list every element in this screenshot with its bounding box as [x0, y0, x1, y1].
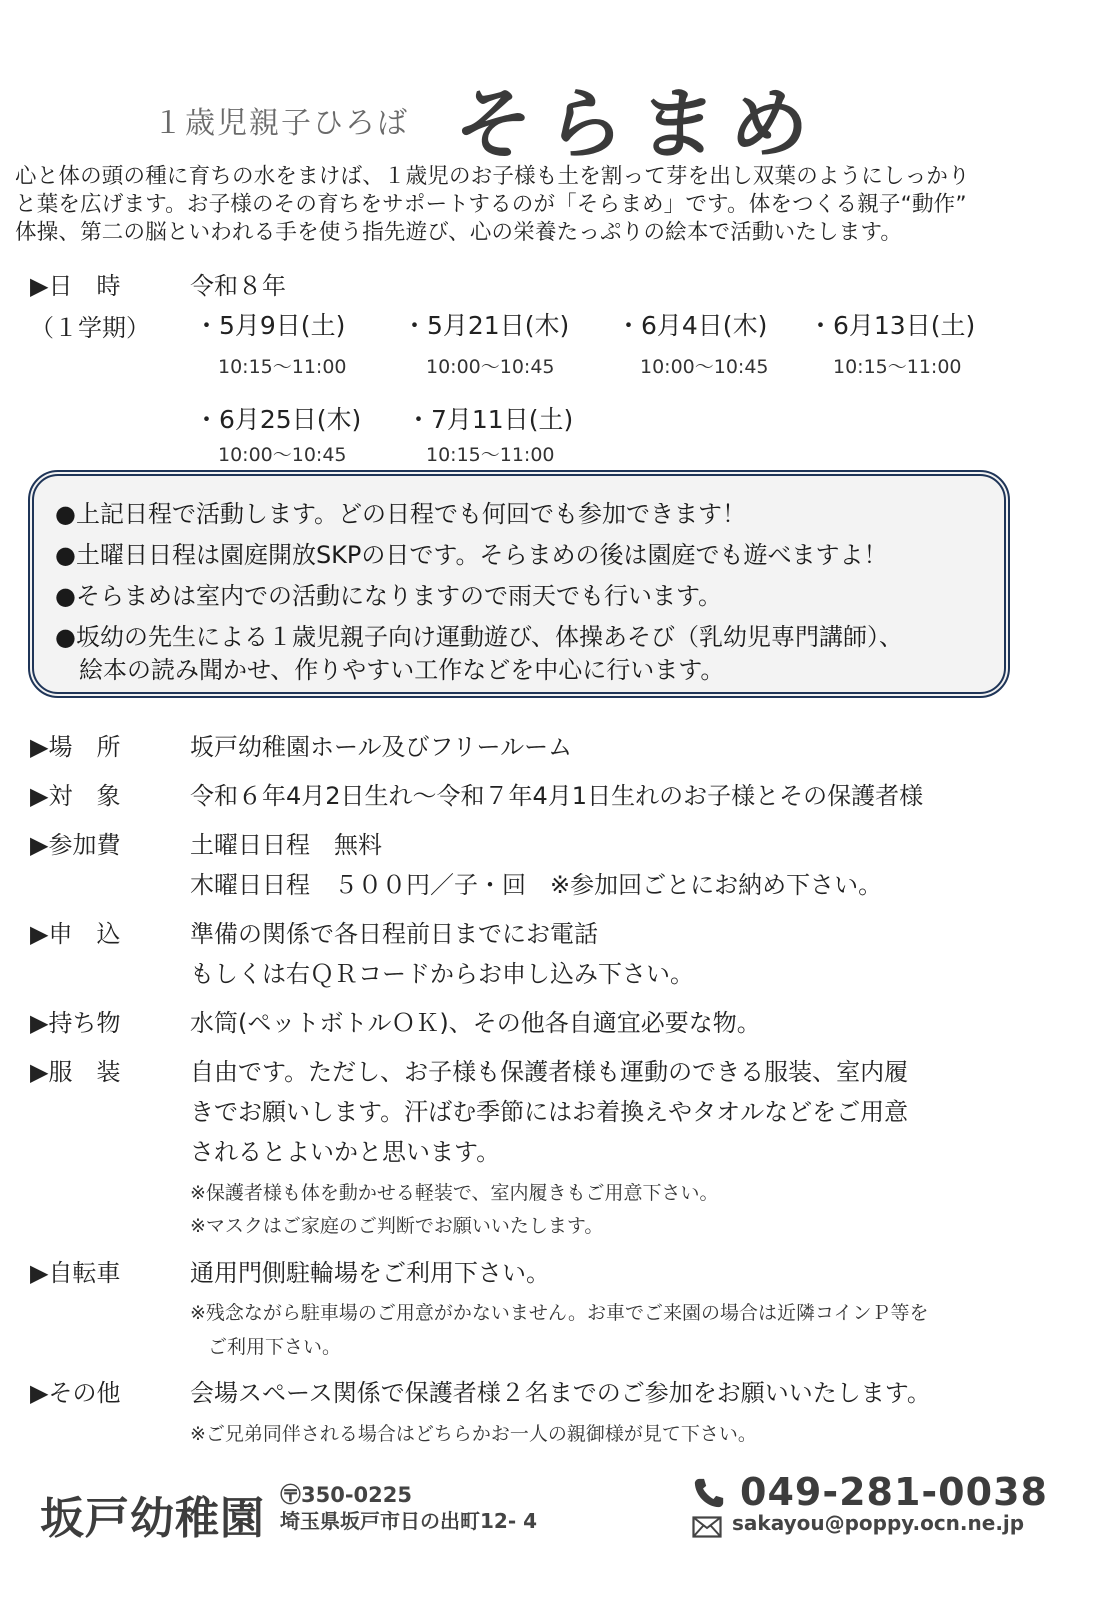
intro-line: 心と体の頭の種に育ちの水をまけば、１歳児のお子様も土を割って芽を出し双葉のように… [15, 163, 1090, 191]
bicycle-note: ご利用下さい。 [208, 1332, 341, 1359]
address: 埼玉県坂戸市日の出町12- 4 [280, 1505, 537, 1534]
email-address[interactable]: sakayou@poppy.ocn.ne.jp [732, 1511, 1024, 1535]
notice-item: ●上記日程で活動します。どの日程でも何回でも参加できます！ [55, 494, 746, 529]
schedule-time: 10:00〜10:45 [640, 352, 769, 379]
schedule-date: ・6月13日(土) [808, 306, 975, 342]
schedule-date: ・6月4日(木) [616, 306, 767, 342]
other-value: 会場スペース関係で保護者様２名までのご参加をお願いいたします。 [190, 1373, 931, 1408]
schedule-term: （１学期） [30, 308, 150, 343]
schedule-time: 10:00〜10:45 [218, 440, 347, 467]
place-value: 坂戸幼稚園ホール及びフリールーム [190, 727, 572, 762]
kindergarten-name: 坂戸幼稚園 [40, 1482, 265, 1546]
clothing-note: ※マスクはご家庭のご判断でお願いいたします。 [190, 1211, 603, 1238]
phone-number[interactable]: 049-281-0038 [740, 1470, 1048, 1514]
fee-line: 木曜日日程 ５００円／子・回 ※参加回ごとにお納め下さい。 [190, 865, 882, 900]
other-note: ※ご兄弟同伴される場合はどちらかお一人の親御様が見て下さい。 [190, 1419, 757, 1446]
schedule-time: 10:15〜11:00 [218, 352, 347, 379]
schedule-label: ▶日 時 [30, 266, 120, 301]
clothing-note: ※保護者様も体を動かせる軽装で、室内履きもご用意下さい。 [190, 1178, 719, 1205]
schedule-time: 10:00〜10:45 [426, 352, 555, 379]
bicycle-value: 通用門側駐輪場をご利用下さい。 [190, 1253, 550, 1288]
schedule-date: ・5月9日(土) [194, 306, 345, 342]
schedule-year: 令和８年 [190, 266, 286, 301]
mail-icon [692, 1516, 722, 1538]
schedule-time: 10:15〜11:00 [833, 352, 962, 379]
notice-item: ●坂幼の先生による１歳児親子向け運動遊び、体操あそび（乳幼児専門講師）、 [55, 617, 903, 652]
fee-label: ▶参加費 [30, 825, 120, 860]
apply-line: 準備の関係で各日程前日までにお電話 [190, 914, 598, 949]
place-label: ▶場 所 [30, 727, 120, 762]
logo-title: そらまめ [451, 62, 827, 174]
apply-line: もしくは右ＱＲコードからお申し込み下さい。 [190, 954, 694, 989]
clothing-line: きでお願いします。汗ばむ季節にはお着換えやタオルなどをご用意 [190, 1092, 908, 1127]
target-label: ▶対 象 [30, 776, 120, 811]
intro-line: と葉を広げます。お子様のその育ちをサポートするのが「そらまめ」です。体をつくる親… [15, 191, 1090, 219]
bicycle-note: ※残念ながら駐車場のご用意がかないません。お車でご来園の場合は近隣コインＰ等を [190, 1298, 929, 1325]
bicycle-label: ▶自転車 [30, 1253, 120, 1288]
intro-line: 体操、第二の脳といわれる手を使う指先遊び、心の栄養たっぷりの絵本で活動いたします… [15, 219, 1090, 247]
schedule-date: ・5月21日(木) [402, 306, 569, 342]
target-value: 令和６年4月2日生れ〜令和７年4月1日生れのお子様とその保護者様 [190, 776, 923, 811]
phone-icon [692, 1476, 726, 1510]
apply-label: ▶申 込 [30, 914, 120, 949]
belongings-value: 水筒(ペットボトルＯＫ)、その他各自適宜必要な物。 [190, 1003, 761, 1038]
other-label: ▶その他 [30, 1373, 120, 1408]
intro-paragraph: 心と体の頭の種に育ちの水をまけば、１歳児のお子様も土を割って芽を出し双葉のように… [15, 163, 1090, 247]
schedule-date: ・7月11日(土) [406, 400, 573, 436]
belongings-label: ▶持ち物 [30, 1003, 120, 1038]
schedule-date: ・6月25日(木) [194, 400, 361, 436]
subtitle: １歳児親子ひろば [153, 98, 409, 142]
clothing-line: されるとよいかと思います。 [190, 1132, 500, 1167]
clothing-line: 自由です。ただし、お子様も保護者様も運動のできる服装、室内履 [190, 1052, 908, 1087]
fee-line: 土曜日日程 無料 [190, 825, 382, 860]
notice-item: ●土曜日日程は園庭開放SKPの日です。そらまめの後は園庭でも遊べますよ！ [55, 535, 887, 570]
clothing-label: ▶服 装 [30, 1052, 120, 1087]
notice-item: ●そらまめは室内での活動になりますので雨天でも行います。 [55, 576, 722, 611]
notice-item: 絵本の読み聞かせ、作りやすい工作などを中心に行います。 [55, 650, 724, 685]
schedule-time: 10:15〜11:00 [426, 440, 555, 467]
